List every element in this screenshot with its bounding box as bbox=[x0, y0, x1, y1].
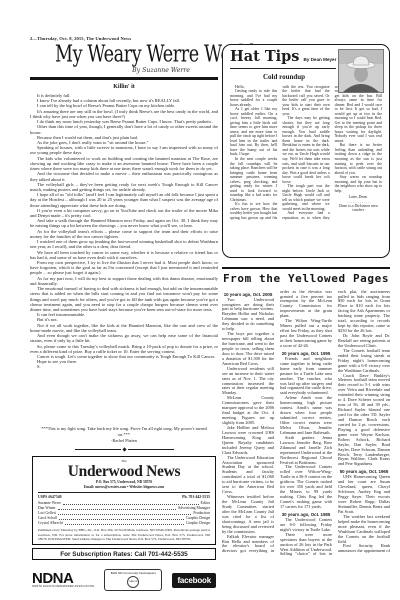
paragraph: As for my part now, I will do my best to… bbox=[30, 276, 218, 286]
hat-tips-title: Hat Tips bbox=[230, 50, 299, 65]
paragraph: The weather last weekend helped make the… bbox=[338, 515, 390, 545]
right-column: Hat Tips By Dean Meyer Cold roundup Hell… bbox=[222, 44, 390, 600]
paragraph: The Underwood Comets are 6-0 following F… bbox=[280, 518, 332, 533]
paragraph: Witnesses testified before the McLean Co… bbox=[222, 495, 274, 535]
paragraph: I watched one of them grow up (making th… bbox=[30, 239, 218, 249]
pull-quote-text: ***This is my fight song. Take back my l… bbox=[41, 426, 207, 437]
paragraph: It's amazing there are any still in the … bbox=[30, 109, 218, 119]
paragraph: The Underwood Education Association spon… bbox=[222, 456, 274, 496]
like-us-icon: Like us bbox=[127, 576, 139, 588]
paragraph: Jake Hollber and Melissa Lawson were cro… bbox=[222, 426, 274, 456]
paragraph: And the twosome that decided to make a m… bbox=[30, 171, 218, 181]
paragraph: But there is no better feeling than unlo… bbox=[335, 143, 382, 175]
paragraph: As I get older I like my horse saddled e… bbox=[230, 107, 277, 157]
paragraph: Arlene Arndt won the homecoming high pic… bbox=[280, 396, 332, 436]
paragraph: The tough part was the night before. Unc… bbox=[282, 184, 329, 211]
paragraph: Coach Dave Binkley's Meteors football te… bbox=[338, 374, 390, 468]
paragraph: I hope all of us "old folks" (and I feel… bbox=[30, 192, 218, 208]
masthead-rule bbox=[38, 492, 210, 493]
hat-tips-text-columns: Hello,Getting ready to ride this morning… bbox=[230, 85, 382, 231]
dotted-leader bbox=[65, 524, 184, 525]
staff-role: Graphic Design bbox=[186, 521, 210, 526]
left-column: 2—Thursday, Oct. 8, 2015, The Underwood … bbox=[30, 36, 218, 596]
dotted-leader bbox=[58, 514, 192, 515]
hat-tips-bio: Dean is a Dickinson area rancher bbox=[335, 204, 382, 213]
paragraph: McLean County Commissioners gave their m… bbox=[222, 396, 274, 426]
paragraph: Dr. John Boyle and Dr. Retzlaff are seei… bbox=[338, 334, 390, 349]
divider-diamond-icon bbox=[122, 448, 126, 452]
paragraph: Underwood residents will see an increase… bbox=[222, 367, 274, 397]
paragraph: Stay warm on roundup morning, and tip yo… bbox=[335, 175, 382, 193]
paragraph: Speaking of houses, with a little swerve… bbox=[30, 145, 218, 155]
paragraph: And take a walk through the Haunted Mans… bbox=[30, 218, 218, 228]
columnist-photo-cowboy-portrait-icon bbox=[338, 49, 384, 93]
paragraph: Two Underwood youngsters are doing their… bbox=[222, 298, 274, 333]
era-heading: 10 years ago, Oct. 2005 bbox=[222, 292, 274, 297]
masthead-box: The Underwood News P.O. Box 575, Underwo… bbox=[32, 456, 216, 545]
paragraph: S. bbox=[30, 364, 218, 369]
paragraph: The Underwood Comets rolled over Wilton-… bbox=[280, 465, 332, 509]
masthead-usps-row: USPS #647540 Ph. 701-442-5535 bbox=[38, 495, 210, 499]
divider-line bbox=[128, 449, 174, 450]
column-subhead: Killin' it bbox=[30, 84, 218, 90]
postmaster-text: POSTMASTER: Send address changes to The … bbox=[48, 537, 191, 541]
paragraph: From my own perspective, I try to live t… bbox=[30, 260, 218, 276]
paragraph: The volleyball girls – they've been gett… bbox=[30, 182, 218, 192]
column-title: My Weary Werre World bbox=[30, 44, 218, 66]
paragraph: Other than this time of year, though, I … bbox=[30, 124, 218, 134]
masthead-name: Underwood News bbox=[38, 464, 210, 480]
column-byline: By Suzanne Werre bbox=[30, 67, 218, 74]
ndna-logo: NDNA NORTH DAKOTA NEWSPAPER ASSOCIATION bbox=[32, 571, 94, 589]
dotted-leader bbox=[58, 509, 176, 510]
paragraph: Getting ready to ride this morning, and … bbox=[230, 89, 277, 107]
masthead-phone: Ph. 701-442-5535 bbox=[182, 495, 210, 499]
paragraph: So, please come to this Tuesday's volley… bbox=[30, 344, 218, 354]
hat-tips-byline: By Dean Meyer bbox=[303, 57, 336, 62]
paragraph: Not if we all work together, like the ki… bbox=[30, 323, 218, 333]
ndna-logo-subtext: NORTH DAKOTA NEWSPAPER ASSOCIATION bbox=[32, 586, 94, 589]
yellowed-pages-columns: 10 years ago, Oct. 2005Two Underwood you… bbox=[222, 290, 390, 558]
paragraph: Friends and neighbors came together to b… bbox=[280, 357, 332, 397]
paragraph: Sixth graders Jenna Lawson, Jennifer Ber… bbox=[280, 436, 332, 466]
paragraph: In the next couple weeks the fall roundu… bbox=[230, 157, 277, 202]
title-rule bbox=[30, 77, 218, 80]
hat-tips-headline: Cold roundup bbox=[230, 73, 338, 81]
staff-row: Crystal Albrecht Graphic Design bbox=[38, 521, 210, 526]
logo-row: NDNA NORTH DAKOTA NEWSPAPER ASSOCIATION … bbox=[32, 564, 216, 596]
staff-name: Crystal Albrecht bbox=[38, 521, 63, 526]
paragraph: We have all been touched by cancer in so… bbox=[30, 250, 218, 260]
paragraph: If you're even a bit computer savvy, go … bbox=[30, 208, 218, 218]
ornamental-divider bbox=[30, 448, 218, 451]
dotted-leader bbox=[63, 504, 199, 505]
subscription-bar: For Subscription Rates: Call 701-442-553… bbox=[32, 548, 216, 560]
facebook-logo: facebook bbox=[172, 573, 216, 588]
paragraph: The Comets football team ended their los… bbox=[338, 349, 390, 374]
masthead-contact: Email: unews@westriv.com • Website: bhgn… bbox=[38, 485, 210, 490]
paragraph: The boys put together a newspaper bill t… bbox=[222, 332, 274, 367]
paragraph: And even though we can't make the sickne… bbox=[30, 333, 218, 343]
yellowed-pages-title: From the Yellowed Pages bbox=[222, 272, 390, 285]
hat-tips-box: Hat Tips By Dean Meyer Cold roundup Hell… bbox=[222, 44, 390, 258]
divider-line bbox=[75, 449, 121, 450]
bhg-badge-text: BHG ND Community Newspapers bbox=[111, 572, 156, 576]
publish-info: Published every Thursday by BHG, Inc., P… bbox=[38, 528, 210, 541]
paragraph: The kids who volunteered to work on buil… bbox=[30, 156, 218, 172]
paragraph: UHS Homecoming Queen and her court are S… bbox=[338, 475, 390, 515]
masthead-usps: USPS #647540 bbox=[38, 495, 62, 499]
pull-quote-attribution: -Rachel Platten bbox=[40, 438, 208, 443]
yellowed-pages-rule bbox=[222, 267, 390, 269]
paragraph: The emotional turmoil of having to deal … bbox=[30, 286, 218, 312]
bhg-badge: BHG ND Community Newspapers Like us bbox=[104, 569, 162, 592]
hat-tips-rule bbox=[230, 68, 336, 69]
pull-quote: ***This is my fight song. Take back my l… bbox=[40, 426, 208, 443]
dotted-leader bbox=[59, 519, 184, 520]
newspaper-page: 2—Thursday, Oct. 8, 2015, The Underwood … bbox=[0, 0, 400, 600]
paragraph: The Wilton Wing-Turtle Miners pulled out… bbox=[280, 319, 332, 349]
column-body: It is definitely fall.I know I've alread… bbox=[30, 93, 218, 422]
paragraph: As for the volleyball team's efforts – p… bbox=[30, 229, 218, 239]
ndna-logo-text: NDNA bbox=[32, 571, 73, 586]
paragraph: The days may be getting shorter, but the… bbox=[282, 116, 329, 184]
